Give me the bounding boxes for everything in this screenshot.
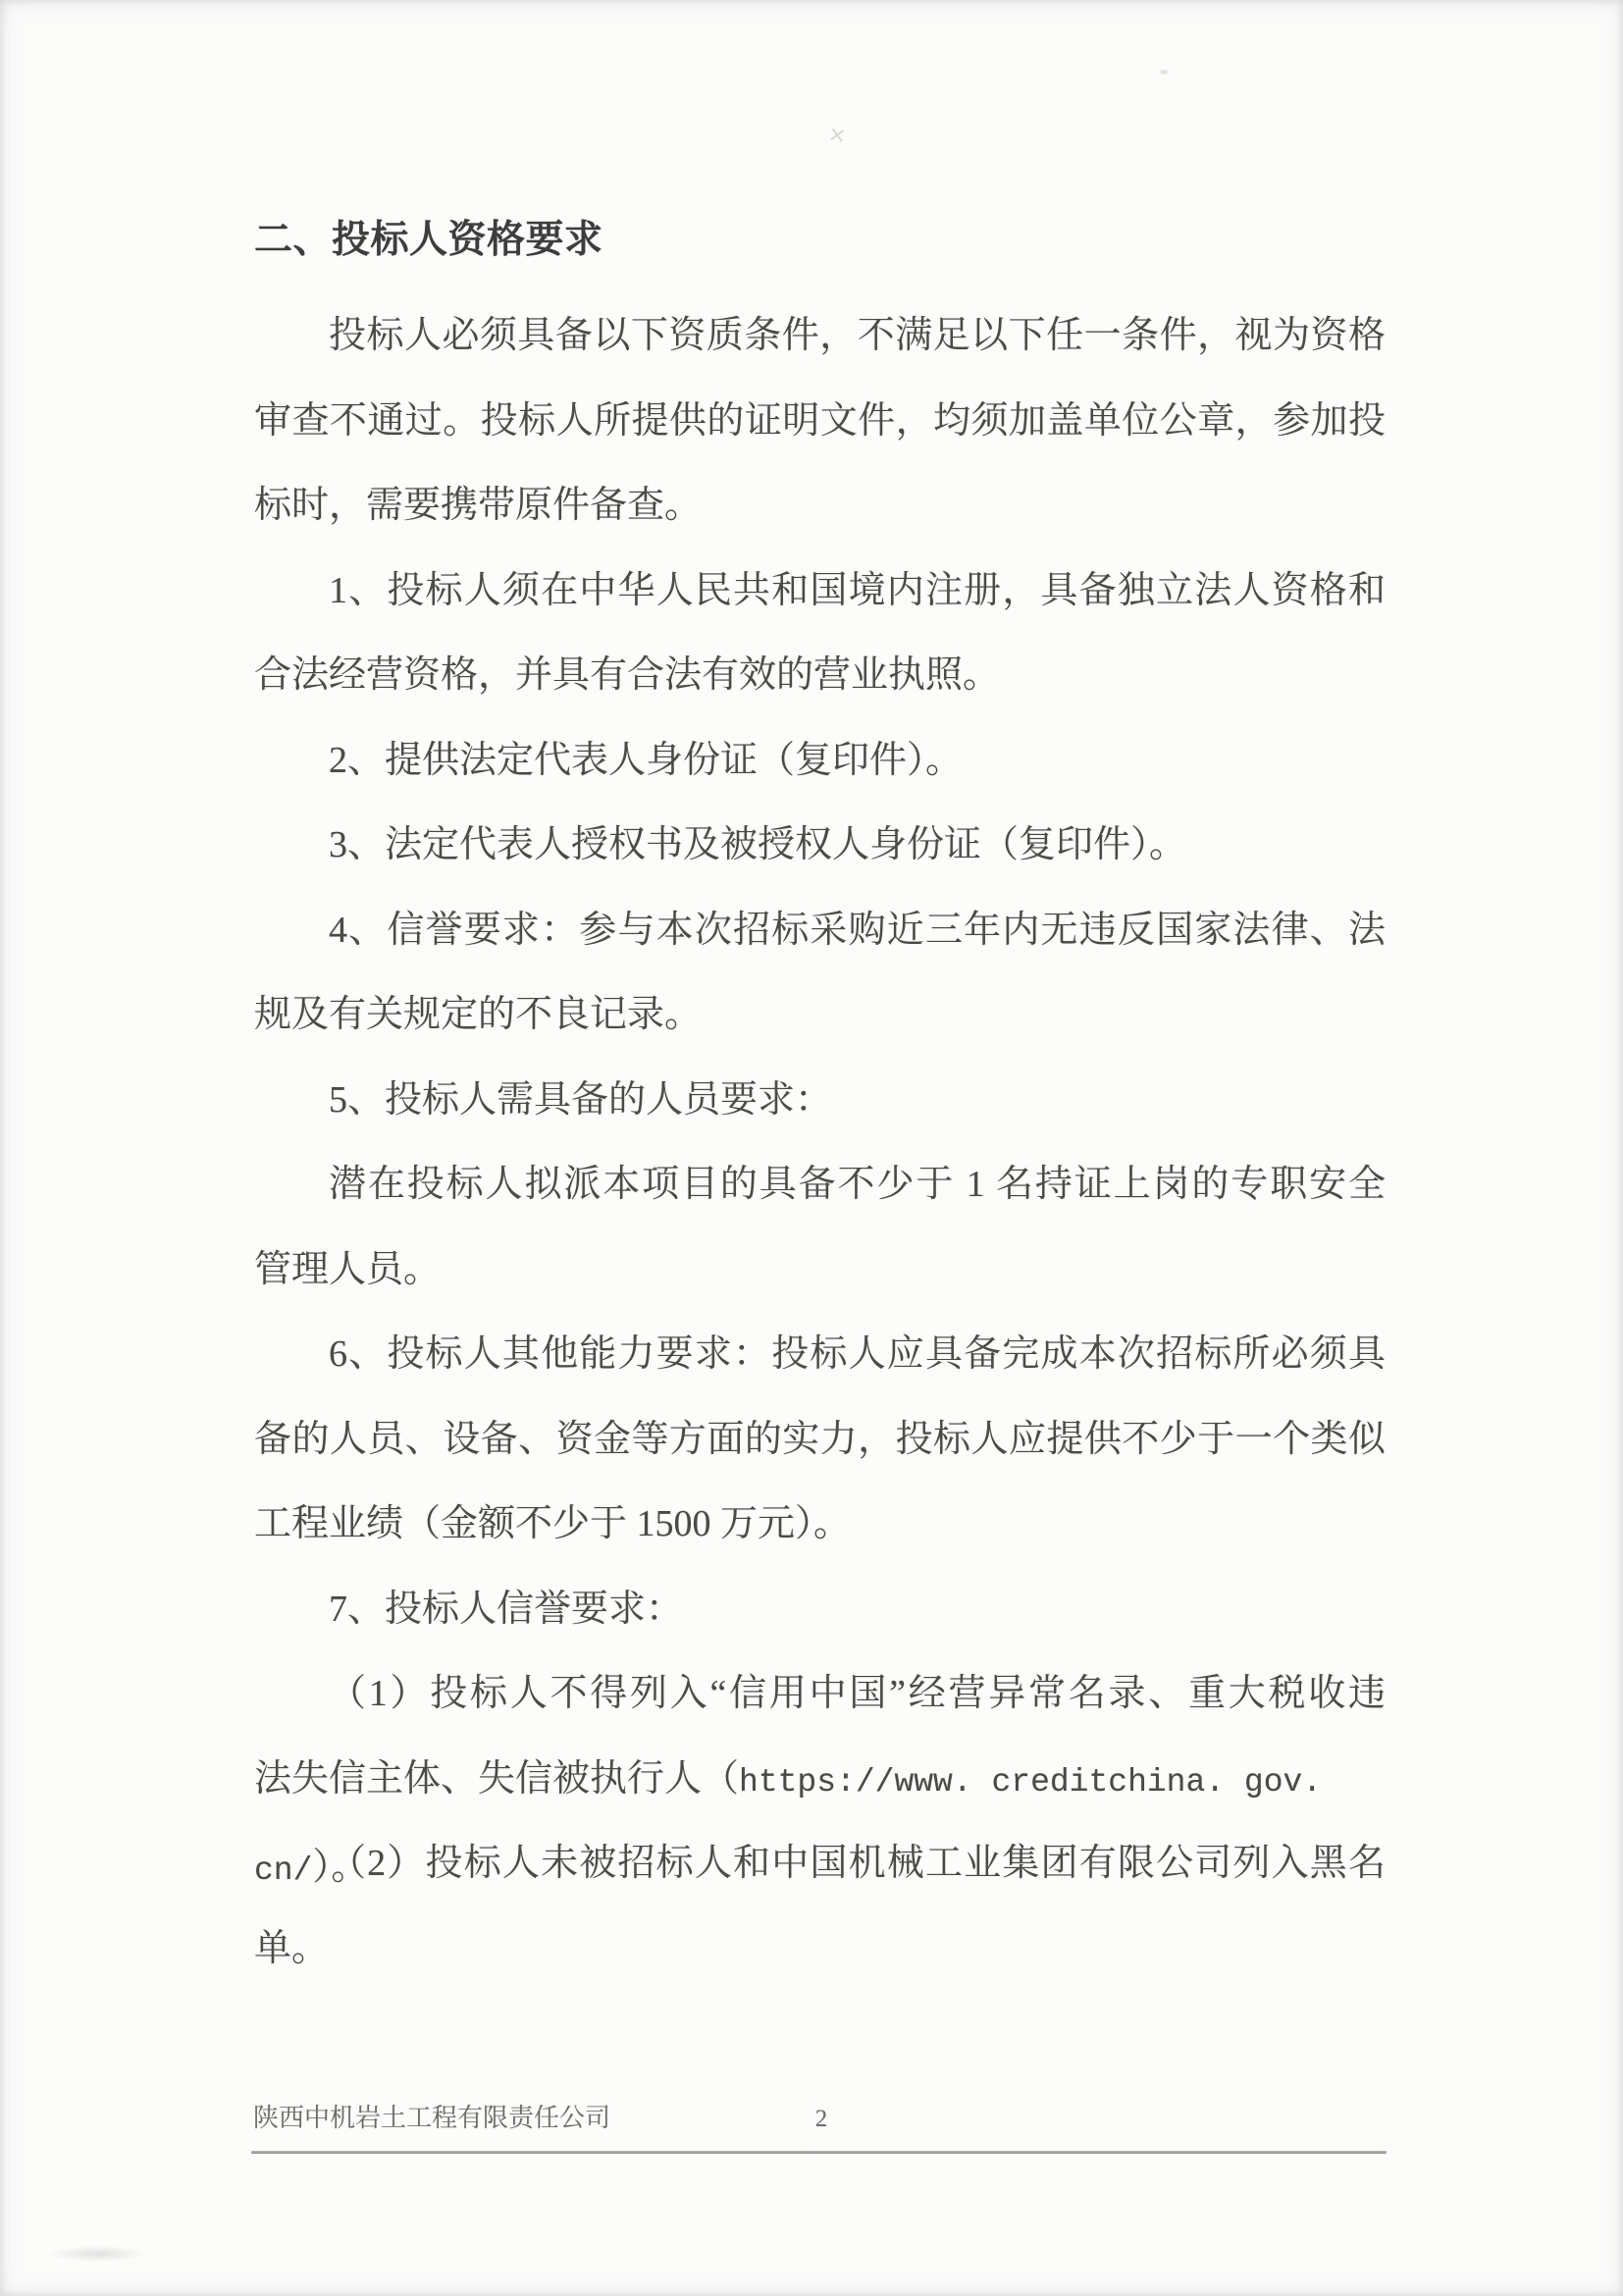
- text-line: 投标人必须具备以下资质条件，不满足以下任一条件，视为资格: [254, 293, 1386, 379]
- scan-speck-artifact: [1158, 69, 1170, 76]
- scan-streak-artifact: [51, 2246, 144, 2262]
- text-line: 2、提供法定代表人身份证（复印件）。: [254, 718, 1386, 804]
- page-number: 2: [798, 2104, 845, 2135]
- text-line: 审查不通过。投标人所提供的证明文件，均须加盖单位公章，参加投: [254, 379, 1386, 464]
- text-line: 4、信誉要求：参与本次招标采购近三年内无违反国家法律、法: [254, 888, 1386, 973]
- section-heading: 二、投标人资格要求: [254, 218, 603, 263]
- text-line: 规及有关规定的不良记录。: [254, 972, 1386, 1058]
- text-line: 备的人员、设备、资金等方面的实力，投标人应提供不少于一个类似: [254, 1397, 1386, 1483]
- footer-company-name: 陕西中机岩土工程有限责任公司: [253, 2102, 610, 2135]
- text-line: 3、法定代表人授权书及被授权人身份证（复印件）。: [254, 803, 1386, 888]
- text-line: 7、投标人信誉要求：: [254, 1567, 1386, 1652]
- text-line: （1）投标人不得列入“信用中国”经营异常名录、重大税收违: [254, 1651, 1386, 1737]
- text-line: 单。: [254, 1906, 1386, 1992]
- text-line: 6、投标人其他能力要求：投标人应具备完成本次招标所必须具: [254, 1312, 1386, 1397]
- url-line-prefix: 法失信主体、失信被执行人（: [254, 1758, 739, 1800]
- url-text-line: 法失信主体、失信被执行人（https://www. creditchina. g…: [254, 1737, 1386, 1822]
- text-line: 合法经营资格，并具有合法有效的营业执照。: [254, 633, 1386, 718]
- text-line: 1、投标人须在中华人民共和国境内注册，具备独立法人资格和: [254, 548, 1386, 634]
- text-line: 5、投标人需具备的人员要求：: [254, 1058, 1386, 1143]
- scan-smudge-artifact: ×: [827, 121, 847, 150]
- scanned-document-page: × 二、投标人资格要求 投标人必须具备以下资质条件，不满足以下任一条件，视为资格…: [0, 0, 1623, 2296]
- document-body: 投标人必须具备以下资质条件，不满足以下任一条件，视为资格 审查不通过。投标人所提…: [254, 293, 1386, 1991]
- text-line: 工程业绩（金额不少于 1500 万元）。: [254, 1482, 1386, 1567]
- text-line: （2）投标人未被招标人和中国机械工业集团有限公司列入黑名: [254, 1821, 1386, 1906]
- footer-divider-line: [251, 2151, 1387, 2154]
- text-line: 标时，需要携带原件备查。: [254, 463, 1386, 548]
- text-line: 潜在投标人拟派本项目的具备不少于 1 名持证上岗的专职安全: [254, 1142, 1386, 1227]
- text-line: 管理人员。: [254, 1227, 1386, 1313]
